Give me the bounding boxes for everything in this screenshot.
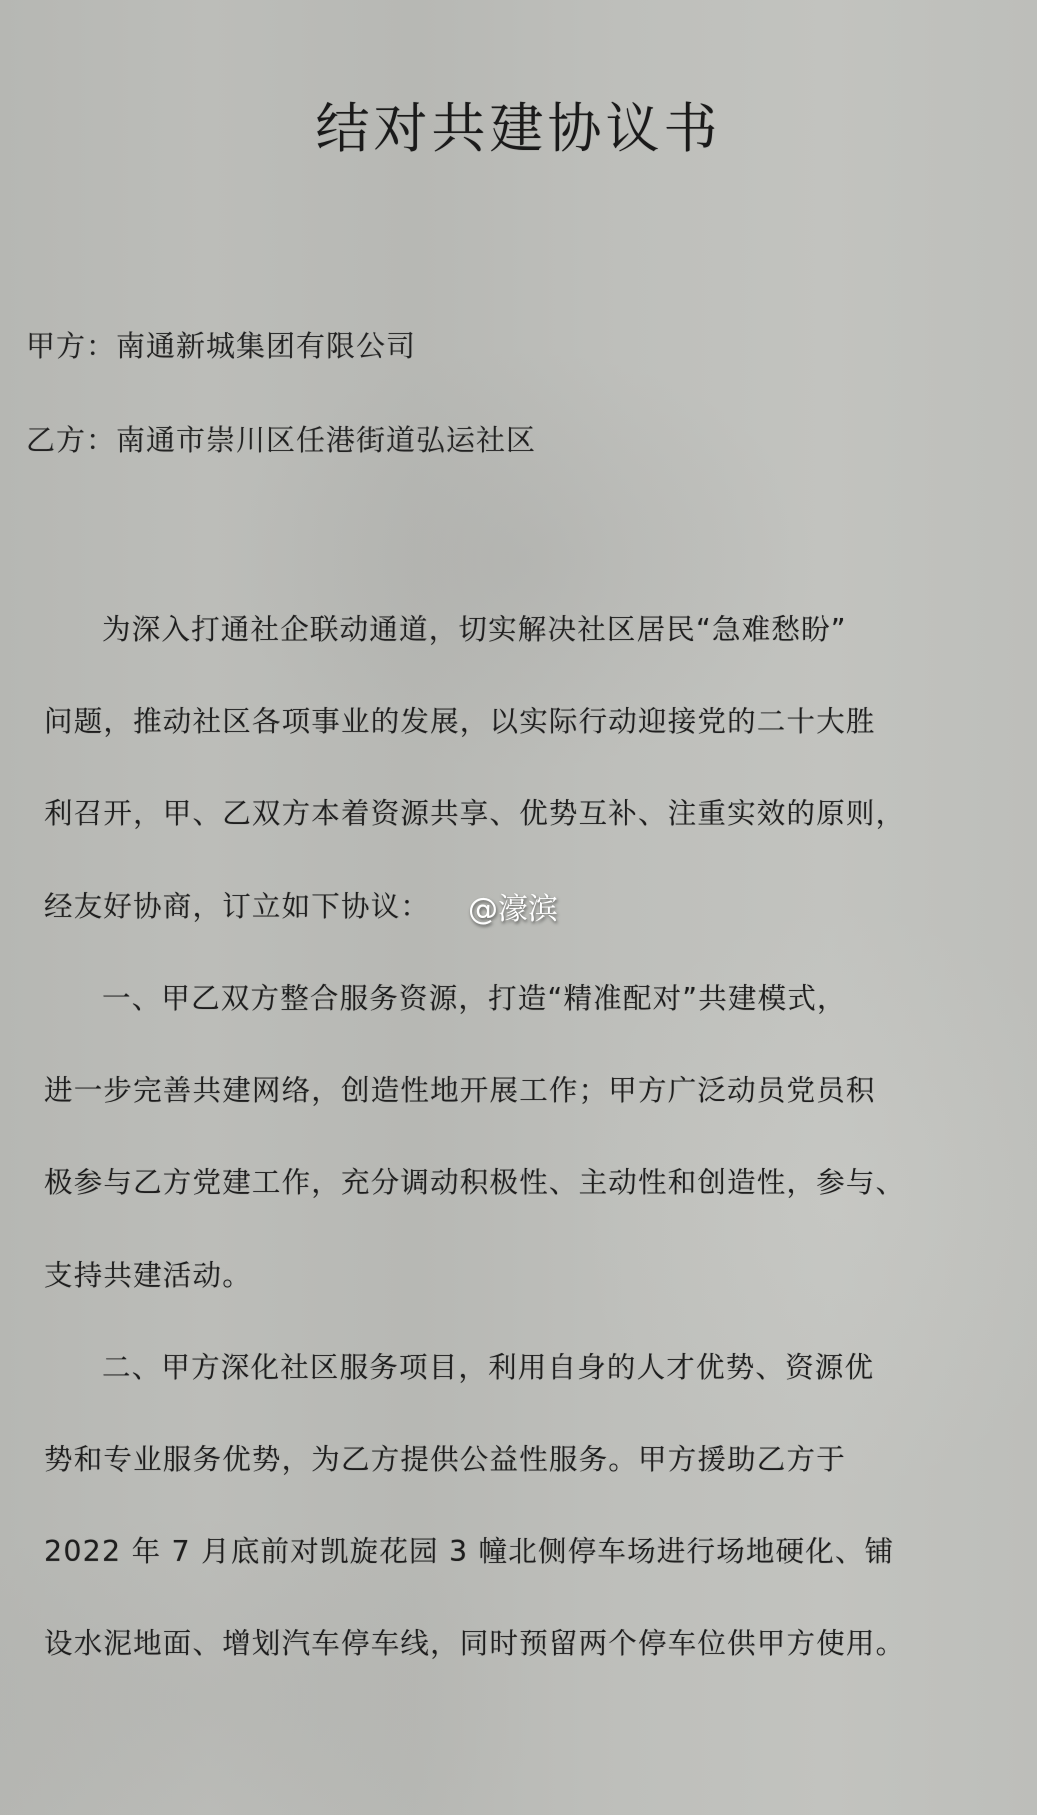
watermark-label: @濠滨 bbox=[468, 884, 558, 928]
party-b-label: 乙方： bbox=[26, 423, 116, 457]
preamble-line-3: 利召开，甲、乙双方本着资源共享、优势互补、注重实效的原则， bbox=[44, 791, 905, 832]
clause-1-line-2: 进一步完善共建网络，创造性地开展工作；甲方广泛动员党员积 bbox=[44, 1068, 876, 1109]
preamble-line-2: 问题，推动社区各项事业的发展，以实际行动迎接党的二十大胜 bbox=[44, 699, 876, 740]
clause-2-line-4: 设水泥地面、增划汽车停车线，同时预留两个停车位供甲方使用。 bbox=[44, 1621, 905, 1662]
party-a: 甲方：南通新城集团有限公司 bbox=[26, 324, 416, 365]
party-a-name: 南通新城集团有限公司 bbox=[116, 329, 416, 363]
document-page: 结对共建协议书 甲方：南通新城集团有限公司 乙方：南通市崇川区任港街道弘运社区 … bbox=[0, 0, 1037, 1815]
party-b: 乙方：南通市崇川区任港街道弘运社区 bbox=[26, 418, 536, 459]
document-title: 结对共建协议书 bbox=[0, 86, 1037, 163]
clause-1-line-4: 支持共建活动。 bbox=[44, 1253, 252, 1294]
clause-2-line-1: 二、甲方深化社区服务项目，利用自身的人才优势、资源优 bbox=[102, 1345, 874, 1386]
clause-2-line-3: 2022 年 7 月底前对凯旋花园 3 幢北侧停车场进行场地硬化、铺 bbox=[44, 1529, 894, 1570]
clause-1-line-1: 一、甲乙双方整合服务资源，打造“精准配对”共建模式， bbox=[102, 976, 847, 1017]
party-b-name: 南通市崇川区任港街道弘运社区 bbox=[116, 423, 536, 457]
preamble-line-1: 为深入打通社企联动通道，切实解决社区居民“急难愁盼” bbox=[102, 607, 847, 648]
party-a-label: 甲方： bbox=[26, 329, 116, 363]
preamble-line-4: 经友好协商，订立如下协议： bbox=[44, 884, 430, 925]
clause-1-line-3: 极参与乙方党建工作，充分调动积极性、主动性和创造性，参与、 bbox=[44, 1160, 905, 1201]
clause-2-line-2: 势和专业服务优势，为乙方提供公益性服务。甲方援助乙方于 bbox=[44, 1437, 846, 1478]
